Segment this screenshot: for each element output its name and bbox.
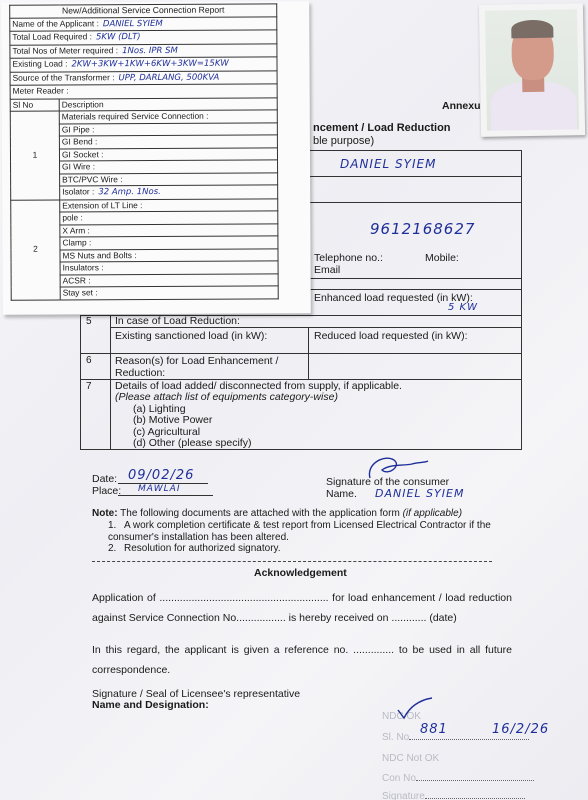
- material-item: MS Nuts and Bolts :: [60, 248, 278, 262]
- material-item: Isolator :32 Amp. 1Nos.: [60, 185, 278, 200]
- material-item: GI Wire :: [60, 160, 278, 174]
- group-2-sl: 2: [11, 200, 61, 300]
- row-6-label: Reason(s) for Load Enhancement / Reducti…: [115, 355, 295, 379]
- existing-sanctioned-load-label: Existing sanctioned load (in kW):: [115, 330, 267, 342]
- form-title: ncement / Load Reduction: [313, 122, 451, 134]
- checkmark-icon: [396, 696, 436, 722]
- note-item-1: 1.A work completion certificate & test r…: [108, 520, 518, 543]
- material-item: ACSR :: [60, 273, 278, 287]
- service-connection-report: New/Additional Service Connection Report…: [1, 1, 311, 315]
- stamp-signature-line: Signature: [382, 791, 525, 800]
- note-item-2: 2.Resolution for authorized signatory.: [108, 543, 281, 554]
- separator: [92, 561, 492, 562]
- row-7-number: 7: [86, 381, 92, 392]
- group-1-sl: 1: [10, 111, 59, 200]
- row-5-label: In case of Load Reduction:: [115, 315, 240, 327]
- applicant-name-value: DANIEL SYIEM: [340, 157, 436, 171]
- row-6-number: 6: [86, 355, 92, 366]
- form-subtitle: ble purpose): [313, 135, 374, 147]
- scanned-document: Annexu ncement / Load Reduction ble purp…: [0, 0, 588, 800]
- name-designation-label: Name and Designation:: [92, 699, 209, 711]
- material-item: pole :: [60, 211, 278, 225]
- load-item-other: (d) Other (please specify): [133, 437, 251, 449]
- material-item: GI Socket :: [59, 147, 277, 161]
- report-field: Total Load Required :5KW (DLT): [10, 30, 277, 45]
- date-label: Date:: [92, 473, 117, 485]
- note-italic: (if applicable): [403, 508, 462, 519]
- report-field: Total Nos of Meter required :1Nos. IPR S…: [10, 43, 277, 58]
- material-item: Extension of LT Line :: [60, 198, 278, 212]
- ndc-not-ok-label: NDC Not OK: [382, 753, 439, 764]
- note-text: The following documents are attached wit…: [120, 508, 400, 519]
- ack-paragraph-1: Application of .........................…: [92, 588, 512, 628]
- row-7-note: (Please attach list of equipments catego…: [115, 391, 338, 403]
- email-label: Email: [314, 264, 340, 276]
- material-item: GI Bend :: [59, 135, 277, 149]
- annexure-label: Annexu: [442, 100, 481, 112]
- sl-no-value: 881: [420, 722, 448, 737]
- report-field: Source of the Transformer :UPP, DARLANG,…: [10, 70, 277, 85]
- mobile-value: 9612168627: [370, 220, 475, 238]
- material-item: Stay set :: [60, 286, 278, 300]
- con-no-line: Con No: [382, 773, 534, 784]
- material-item: Insulators :: [60, 261, 278, 275]
- material-item: BTC/PVC Wire :: [60, 172, 278, 186]
- applicant-photo: [479, 3, 585, 137]
- report-field: Meter Reader :: [10, 84, 277, 99]
- material-item: X Arm :: [60, 223, 278, 237]
- material-item: Clamp :: [60, 236, 278, 250]
- ack-paragraph-2: In this regard, the applicant is given a…: [92, 640, 512, 680]
- place-label: Place:: [92, 485, 121, 497]
- telephone-label: Telephone no.:: [314, 252, 383, 264]
- report-field: Existing Load :2KW+3KW+1KW+6KW+3KW=15KW: [10, 57, 277, 72]
- consumer-name-value: DANIEL SYIEM: [375, 487, 464, 500]
- load-item-motive-power: (b) Motive Power: [133, 414, 212, 426]
- material-item: GI Pipe :: [59, 122, 277, 136]
- note-line: Note: The following documents are attach…: [92, 508, 462, 519]
- date-value: 09/02/26: [128, 468, 194, 483]
- reduced-load-label: Reduced load requested (in kW):: [314, 330, 468, 342]
- material-item: Materials required Service Connection :: [59, 110, 277, 124]
- row-5-number: 5: [86, 316, 92, 327]
- report-table: New/Additional Service Connection Report…: [9, 3, 279, 300]
- col-desc-header: Description: [59, 97, 277, 111]
- note-label: Note:: [92, 508, 118, 519]
- report-field: Name of the Applicant :DANIEL SYIEM: [10, 16, 277, 31]
- mobile-label: Mobile:: [425, 252, 459, 264]
- name-label: Name.: [326, 488, 357, 500]
- acknowledgement-title: Acknowledgement: [254, 567, 347, 579]
- stamp-date-value: 16/2/26: [492, 722, 549, 737]
- col-sl-header: Sl No: [10, 99, 59, 112]
- place-value: MAWLAI: [138, 484, 181, 494]
- enhanced-load-value: 5 KW: [448, 302, 478, 313]
